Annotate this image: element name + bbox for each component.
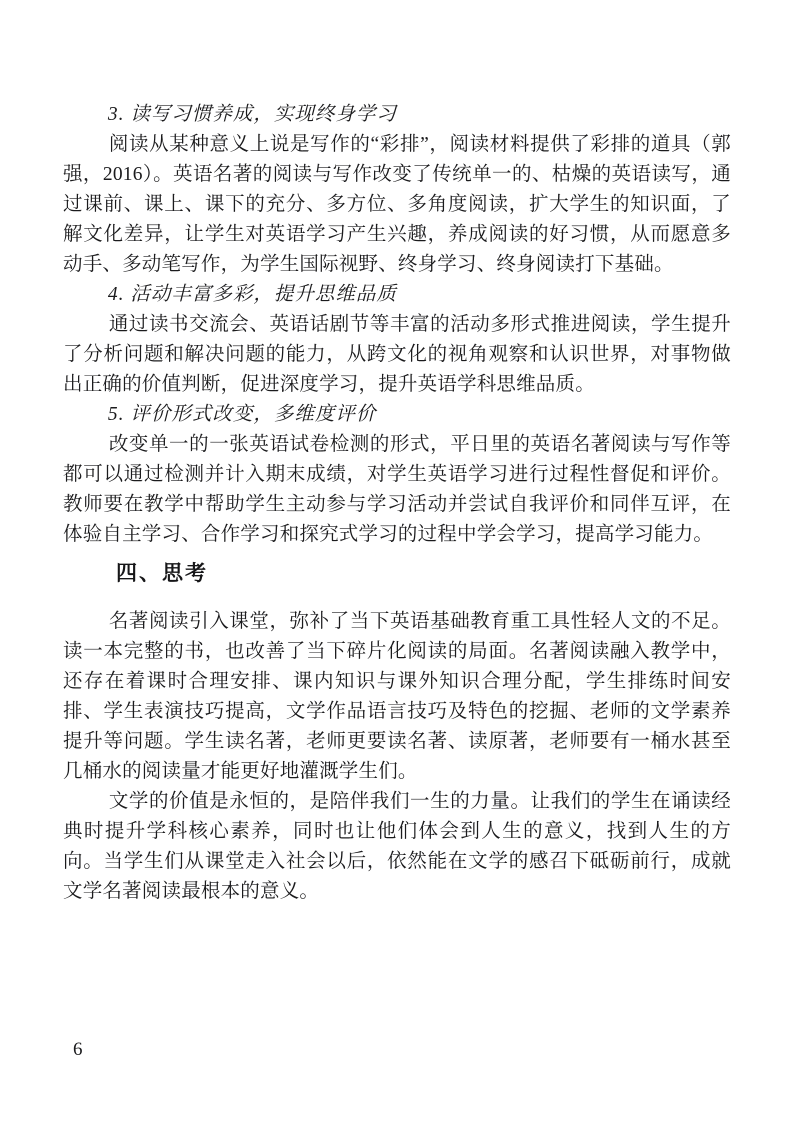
paragraph-activities: 通过读书交流会、英语话剧节等丰富的活动多形式推进阅读，学生提升了分析问题和解决问… — [63, 310, 731, 400]
paragraph-reflection-1: 名著阅读引入课堂，弥补了当下英语基础教育重工具性轻人文的不足。读一本完整的书，也… — [63, 607, 731, 787]
subheading-3-reading-writing-habit: 3. 读写习惯养成，实现终身学习 — [63, 100, 731, 130]
page-number: 6 — [73, 1038, 83, 1062]
section-heading-reflection: 四、思考 — [63, 558, 731, 590]
subheading-4-rich-activities: 4. 活动丰富多彩，提升思维品质 — [63, 280, 731, 310]
page-content: 3. 读写习惯养成，实现终身学习 阅读从某种意义上说是写作的“彩排”，阅读材料提… — [63, 100, 731, 907]
paragraph-reading-rehearsal: 阅读从某种意义上说是写作的“彩排”，阅读材料提供了彩排的道具（郭强，2016）。… — [63, 130, 731, 280]
paragraph-reflection-2: 文学的价值是永恒的，是陪伴我们一生的力量。让我们的学生在诵读经典时提升学科核心素… — [63, 787, 731, 907]
subheading-5-evaluation: 5. 评价形式改变，多维度评价 — [63, 400, 731, 430]
paragraph-evaluation: 改变单一的一张英语试卷检测的形式，平日里的英语名著阅读与写作等都可以通过检测并计… — [63, 430, 731, 550]
document-page: 3. 读写习惯养成，实现终身学习 阅读从某种意义上说是写作的“彩排”，阅读材料提… — [0, 0, 799, 1129]
